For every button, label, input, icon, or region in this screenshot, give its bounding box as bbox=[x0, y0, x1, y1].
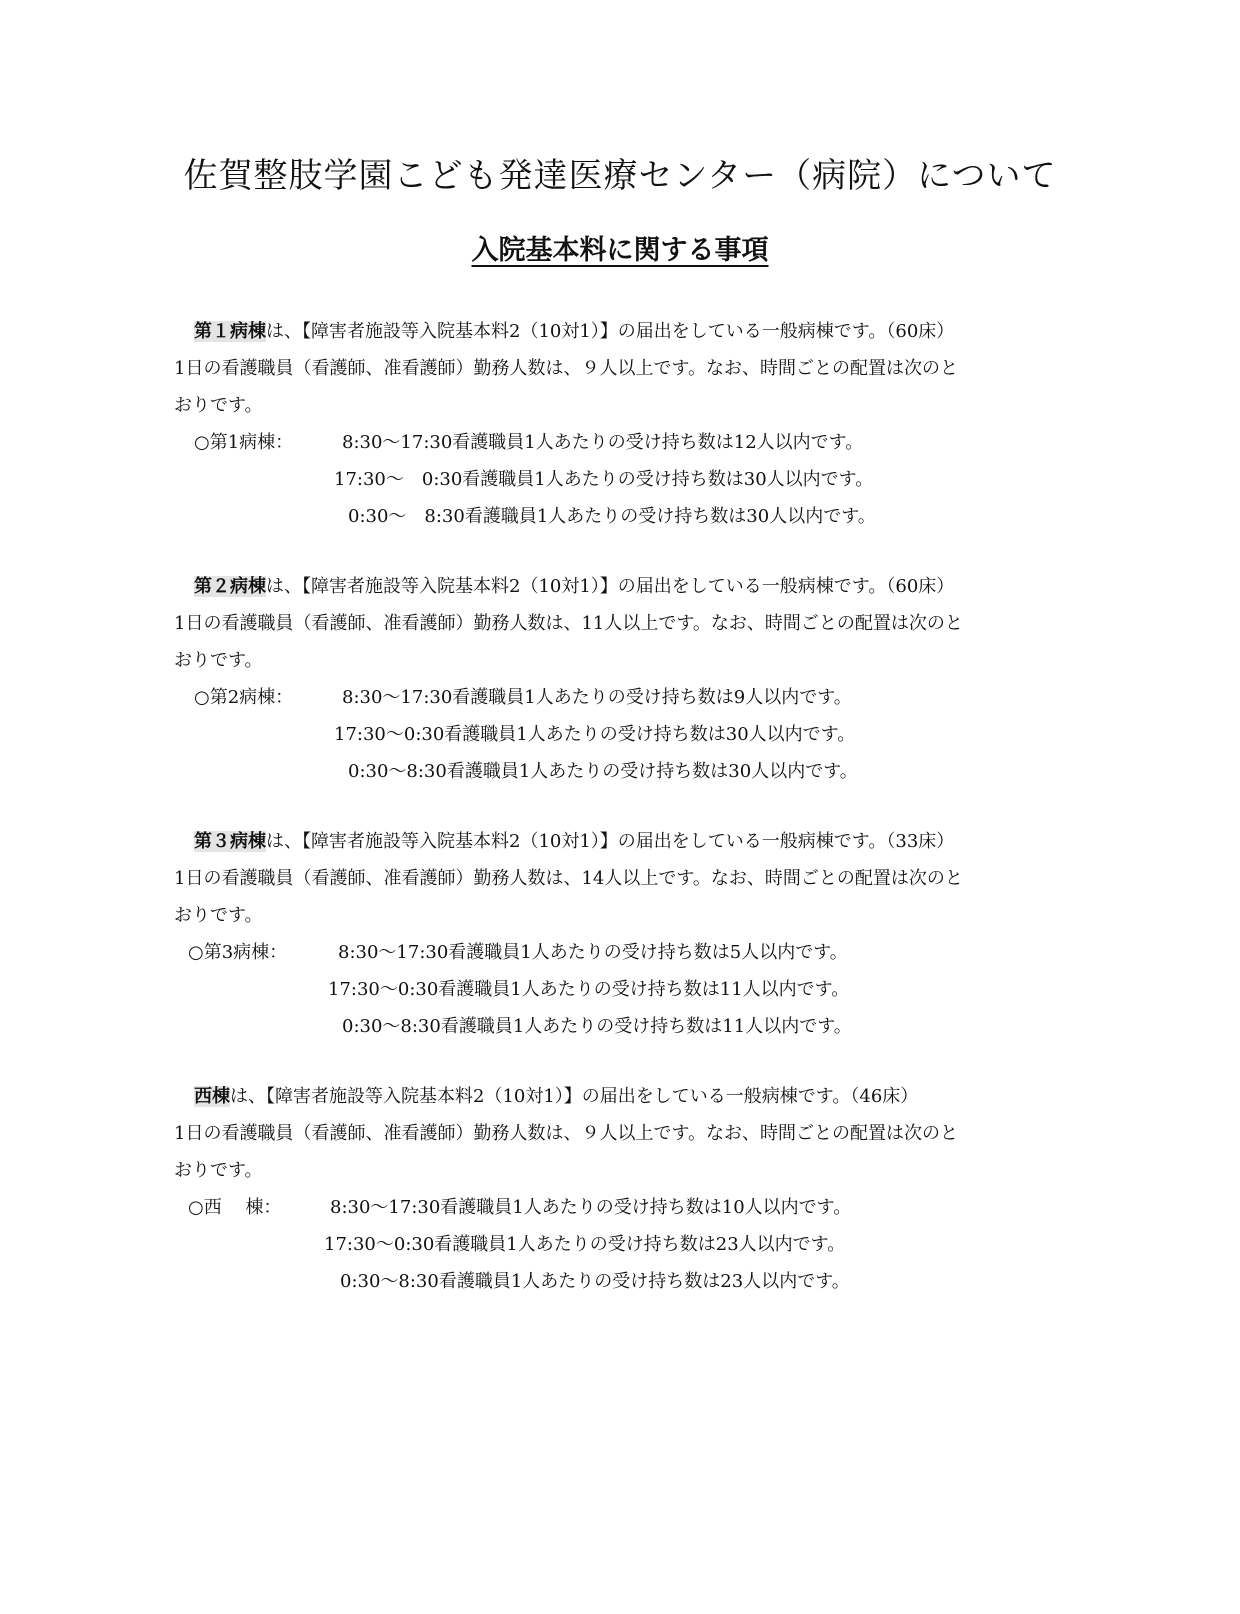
staff-line: 1日の看護職員（看護師、准看護師）勤務人数は、９人以上です。なお、時間ごとの配置… bbox=[174, 1115, 1054, 1152]
staff-line-cont: おりです。 bbox=[174, 387, 1054, 424]
ward-section-1: 第１病棟は、【障害者施設等入院基本料2（10対1）】の届出をしている一般病棟です… bbox=[174, 313, 1054, 535]
ward-label: ○第1病棟： bbox=[174, 424, 324, 461]
shift-line: 0:30～ 8:30看護職員1人あたりの受け持ち数は30人以内です。 bbox=[324, 498, 876, 535]
subtitle-text: 入院基本料に関する事項 bbox=[472, 235, 769, 266]
ward-intro: は、【障害者施設等入院基本料2（10対1）】の届出をしている一般病棟です。（46… bbox=[230, 1086, 918, 1107]
shift-line: 8:30～17:30看護職員1人あたりの受け持ち数は12人以内です。 bbox=[324, 424, 863, 461]
shift-line: 0:30～8:30看護職員1人あたりの受け持ち数は30人以内です。 bbox=[324, 753, 858, 790]
ward-intro: は、【障害者施設等入院基本料2（10対1）】の届出をしている一般病棟です。（60… bbox=[266, 576, 954, 597]
ward-name: 第３病棟 bbox=[194, 831, 266, 852]
ward-label: ○第2病棟： bbox=[174, 679, 324, 716]
shift-line: 17:30～0:30看護職員1人あたりの受け持ち数は11人以内です。 bbox=[324, 971, 849, 1008]
staff-line: 1日の看護職員（看護師、准看護師）勤務人数は、９人以上です。なお、時間ごとの配置… bbox=[174, 350, 1054, 387]
staff-line: 1日の看護職員（看護師、准看護師）勤務人数は、11人以上です。なお、時間ごとの配… bbox=[174, 605, 1054, 642]
ward-label: ○第3病棟： bbox=[174, 934, 324, 971]
shift-line: 0:30～8:30看護職員1人あたりの受け持ち数は11人以内です。 bbox=[324, 1008, 852, 1045]
staff-line-cont: おりです。 bbox=[174, 1152, 1054, 1189]
ward-section-3: 第３病棟は、【障害者施設等入院基本料2（10対1）】の届出をしている一般病棟です… bbox=[174, 823, 1054, 1045]
ward-section-2: 第２病棟は、【障害者施設等入院基本料2（10対1）】の届出をしている一般病棟です… bbox=[174, 568, 1054, 790]
document-subtitle: 入院基本料に関する事項 bbox=[0, 228, 1240, 267]
shift-line: 17:30～0:30看護職員1人あたりの受け持ち数は23人以内です。 bbox=[324, 1226, 845, 1263]
shift-line: 8:30～17:30看護職員1人あたりの受け持ち数は9人以内です。 bbox=[324, 679, 852, 716]
ward-name: 第２病棟 bbox=[194, 576, 266, 597]
shift-line: 17:30～0:30看護職員1人あたりの受け持ち数は30人以内です。 bbox=[324, 716, 855, 753]
ward-intro: は、【障害者施設等入院基本料2（10対1）】の届出をしている一般病棟です。（60… bbox=[266, 321, 954, 342]
ward-name: 第１病棟 bbox=[194, 321, 266, 342]
document-title: 佐賀整肢学園こども発達医療センター（病院）について bbox=[0, 148, 1240, 197]
staff-line: 1日の看護職員（看護師、准看護師）勤務人数は、14人以上です。なお、時間ごとの配… bbox=[174, 860, 1054, 897]
staff-line-cont: おりです。 bbox=[174, 897, 1054, 934]
shift-line: 17:30～ 0:30看護職員1人あたりの受け持ち数は30人以内です。 bbox=[324, 461, 873, 498]
shift-line: 8:30～17:30看護職員1人あたりの受け持ち数は10人以内です。 bbox=[324, 1189, 851, 1226]
staff-line-cont: おりです。 bbox=[174, 642, 1054, 679]
shift-line: 8:30～17:30看護職員1人あたりの受け持ち数は5人以内です。 bbox=[324, 934, 848, 971]
shift-line: 0:30～8:30看護職員1人あたりの受け持ち数は23人以内です。 bbox=[324, 1263, 850, 1300]
ward-label: ○西 棟： bbox=[174, 1189, 324, 1226]
ward-intro: は、【障害者施設等入院基本料2（10対1）】の届出をしている一般病棟です。（33… bbox=[266, 831, 954, 852]
ward-name: 西棟 bbox=[194, 1086, 230, 1107]
ward-section-west: 西棟は、【障害者施設等入院基本料2（10対1）】の届出をしている一般病棟です。（… bbox=[174, 1078, 1054, 1300]
